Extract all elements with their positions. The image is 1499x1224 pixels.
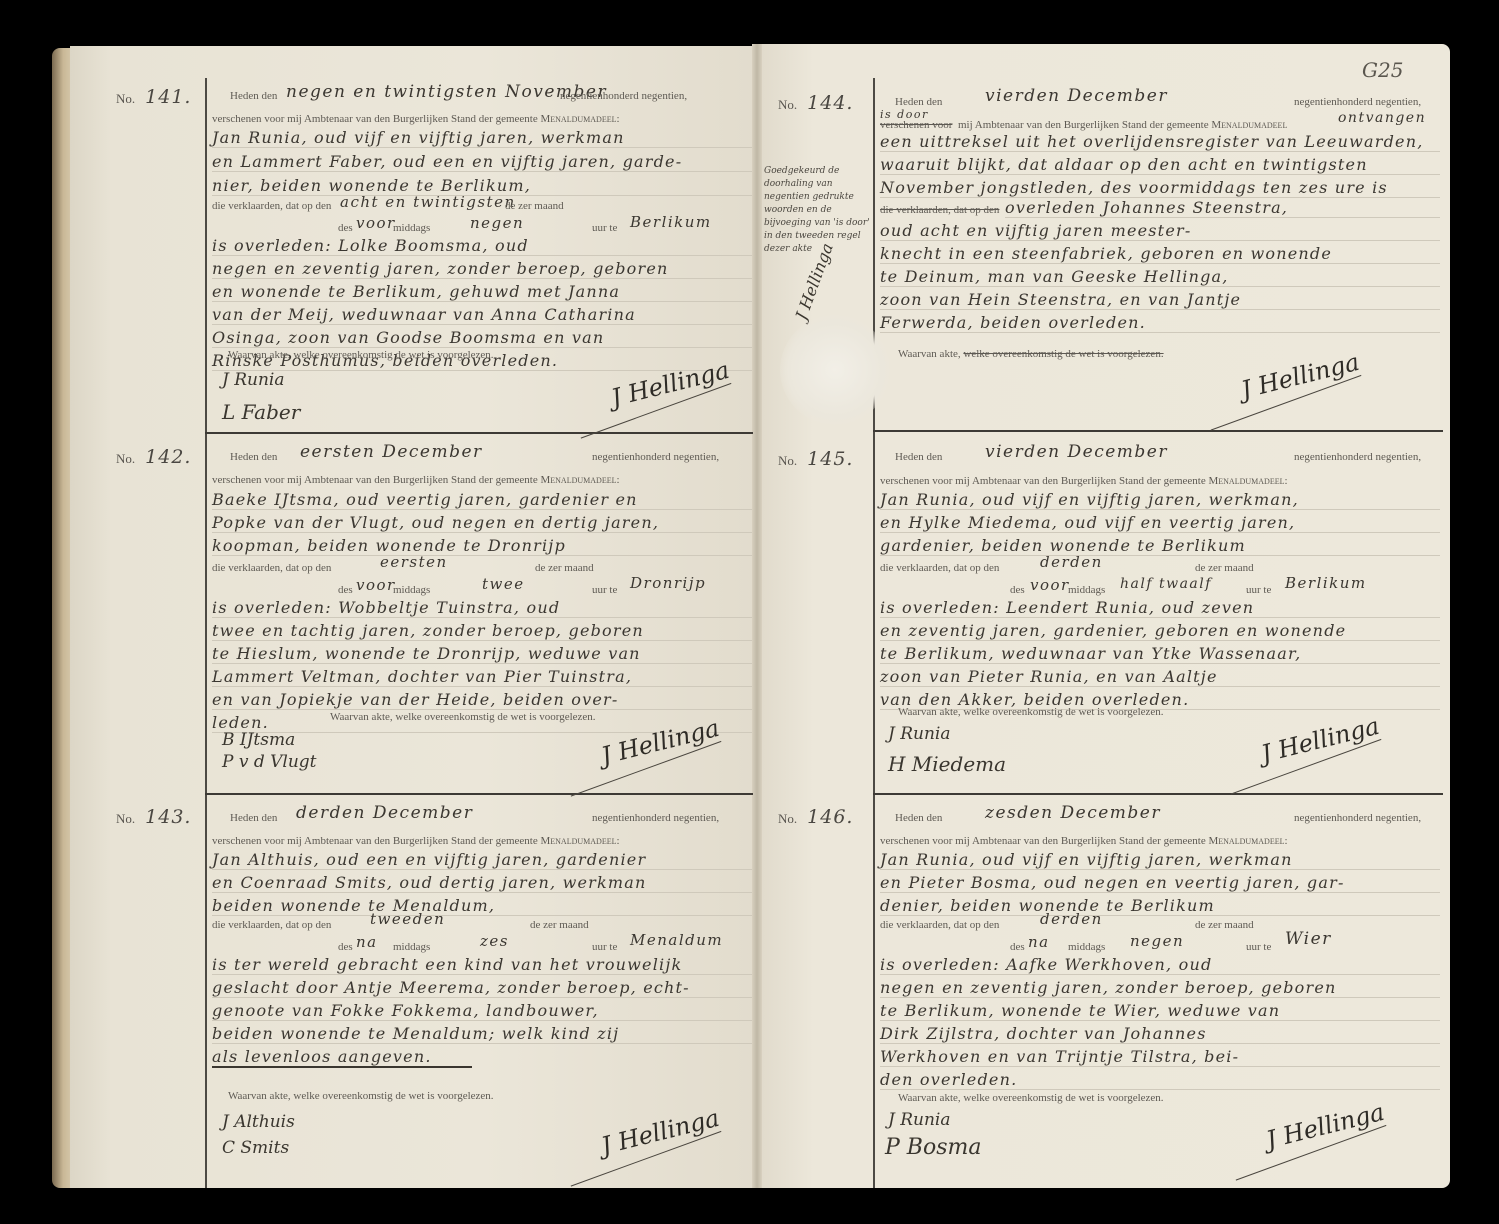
declarant-line: en Pieter Bosma, oud negen en veertig ja…: [880, 873, 1440, 893]
label-middags: middags: [393, 222, 430, 234]
entry-divider: [205, 793, 753, 795]
label-waarvan: Waarvan akte, welke overeenkomstig de we…: [228, 1090, 494, 1102]
body-line: geslacht door Antje Meerema, zonder bero…: [212, 978, 752, 998]
record-number: No.146.: [778, 806, 853, 828]
body-line: en van Jopiekje van der Heide, beiden ov…: [212, 690, 752, 710]
body-line: Lammert Veltman, dochter van Pier Tuinst…: [212, 667, 752, 687]
label-maand: de zer maand: [530, 919, 589, 931]
label-uur-te: uur te: [592, 941, 617, 953]
place: Menaldum: [630, 931, 723, 949]
body-line: Dirk Zijlstra, dochter van Johannes: [880, 1024, 1440, 1044]
label-maand: de zer maand: [505, 200, 564, 212]
body-line: genoote van Fokke Fokkema, landbouwer,: [212, 1001, 752, 1021]
label-uur-te: uur te: [592, 584, 617, 596]
label-verschenen: verschenen voor mij Ambtenaar van den Bu…: [212, 474, 620, 486]
label-heden-den: Heden den: [895, 451, 942, 463]
declarant-line: en Hylke Miedema, oud vijf en veertig ja…: [880, 513, 1440, 533]
hour: zes: [480, 932, 509, 950]
label-uur-te: uur te: [592, 222, 617, 234]
body-line: den overleden.: [880, 1070, 1440, 1090]
body-line: is ter wereld gebracht een kind van het …: [212, 955, 752, 975]
label-waarvan: Waarvan akte, welke overeenkomstig de we…: [330, 711, 596, 723]
label-heden-den: Heden den: [230, 812, 277, 824]
place: Berlikum: [630, 213, 712, 231]
signature: L Faber: [222, 400, 300, 424]
signature: J Althuis: [222, 1112, 295, 1132]
body-line: beiden wonende te Menaldum; welk kind zi…: [212, 1024, 752, 1044]
declarant-line: denier, beiden wonende te Berlikum: [880, 896, 1440, 916]
struck-label: die verklaarden, dat op den: [880, 204, 999, 216]
body-line: overleden Johannes Steenstra,: [1005, 198, 1440, 218]
hour: half twaalf: [1120, 576, 1212, 592]
body-line: Werkhoven en van Trijntje Tilstra, bei-: [880, 1047, 1440, 1067]
body-line: te Berlikum, weduwnaar van Ytke Wassenaa…: [880, 644, 1440, 664]
entry-divider: [205, 432, 753, 434]
signature: P v d Vlugt: [222, 752, 317, 772]
label-heden-den: Heden den: [230, 451, 277, 463]
body-line: twee en tachtig jaren, zonder beroep, ge…: [212, 621, 752, 641]
death-day: eersten: [380, 553, 448, 571]
death-day: tweeden: [370, 910, 445, 928]
inserted-text: ontvangen: [1338, 110, 1426, 126]
label-des: des: [338, 584, 353, 596]
label-heden-den: Heden den: [895, 812, 942, 824]
label-waarvan: Waarvan akte, welke overeenkomstig de we…: [898, 1092, 1164, 1104]
hour: twee: [482, 575, 525, 593]
death-day: derden: [1040, 553, 1103, 571]
label-des: des: [1010, 584, 1025, 596]
hour: negen: [1130, 932, 1184, 950]
label-uur-te: uur te: [1246, 584, 1271, 596]
declarant-line: gardenier, beiden wonende te Berlikum: [880, 536, 1440, 556]
body-line: een uittreksel uit het overlijdensregist…: [880, 132, 1440, 152]
label-year: negentienhonderd negentien,: [1294, 812, 1421, 824]
declarant-line: Jan Runia, oud vijf en vijftig jaren, we…: [212, 128, 752, 148]
declarant-line: Jan Althuis, oud een en vijftig jaren, g…: [212, 850, 752, 870]
body-line: waaruit blijkt, dat aldaar op den acht e…: [880, 155, 1440, 175]
label-waarvan: Waarvan akte, welke overeenkomstig de we…: [898, 348, 1164, 360]
body-line: Ferwerda, beiden overleden.: [880, 313, 1440, 333]
label-middags: middags: [1068, 941, 1105, 953]
dagdeel: na: [356, 933, 378, 951]
record-number: No.145.: [778, 448, 853, 470]
label-maand: de zer maand: [535, 562, 594, 574]
label-verschenen: verschenen voor: [880, 119, 952, 131]
label-maand: de zer maand: [1195, 919, 1254, 931]
label-heden-den: Heden den: [230, 90, 277, 102]
hour: negen: [470, 214, 524, 232]
signature: P Bosma: [885, 1135, 981, 1160]
declarant-line: Baeke IJtsma, oud veertig jaren, gardeni…: [212, 490, 752, 510]
record-date: eersten December: [300, 442, 483, 462]
record-date: derden December: [296, 803, 473, 823]
place: Dronrijp: [630, 574, 706, 592]
dagdeel: na: [1028, 933, 1050, 951]
record-number: No.142.: [116, 446, 191, 468]
label-year: negentienhonderd negentien,: [1294, 96, 1421, 108]
label-verschenen: verschenen voor mij Ambtenaar van den Bu…: [880, 475, 1288, 487]
body-line: te Berlikum, wonende te Wier, weduwe van: [880, 1001, 1440, 1021]
body-line: zoon van Pieter Runia, en van Aaltje: [880, 667, 1440, 687]
label-verschenen-tail: mij Ambtenaar van den Burgerlijken Stand…: [958, 119, 1287, 131]
body-line: is overleden: Lolke Boomsma, oud: [212, 236, 752, 256]
signature: C Smits: [222, 1138, 289, 1158]
body-line: is overleden: Aafke Werkhoven, oud: [880, 955, 1440, 975]
label-des: des: [338, 941, 353, 953]
declarant-line: Popke van der Vlugt, oud negen en dertig…: [212, 513, 752, 533]
body-line: is overleden: Wobbeltje Tuinstra, oud: [212, 598, 752, 618]
body-line: te Hieslum, wonende te Dronrijp, weduwe …: [212, 644, 752, 664]
label-year: negentienhonderd negentien,: [1294, 451, 1421, 463]
signature: J Runia: [888, 1110, 951, 1130]
body-line: van der Meij, weduwnaar van Anna Cathari…: [212, 305, 752, 325]
place: Wier: [1285, 929, 1332, 949]
label-verklaarden: die verklaarden, dat op den: [880, 562, 999, 574]
declarant-line: koopman, beiden wonende te Dronrijp: [212, 536, 752, 556]
body-line: negen en zeventig jaren, zonder beroep, …: [880, 978, 1440, 998]
declarant-line: en Coenraad Smits, oud dertig jaren, wer…: [212, 873, 752, 893]
entry-divider: [873, 430, 1443, 432]
label-verschenen: verschenen voor mij Ambtenaar van den Bu…: [212, 113, 620, 125]
label-heden-den: Heden den: [895, 96, 942, 108]
label-year: negentienhonderd negentien,: [592, 812, 719, 824]
body-line: November jongstleden, des voormiddags te…: [880, 178, 1440, 198]
label-verklaarden: die verklaarden, dat op den: [212, 919, 331, 931]
label-verklaarden: die verklaarden, dat op den: [880, 919, 999, 931]
dagdeel: voor: [356, 214, 396, 232]
body-line: knecht in een steenfabriek, geboren en w…: [880, 244, 1440, 264]
signature: H Miedema: [888, 752, 1006, 776]
body-line: en wonende te Berlikum, gehuwd met Janna: [212, 282, 752, 302]
death-day: acht en twintigsten: [340, 193, 516, 211]
record-date: negen en twintigsten November: [286, 82, 607, 102]
record-date: vierden December: [985, 86, 1168, 106]
record-date: zesden December: [985, 803, 1161, 823]
label-year: negentienhonderd negentien,: [560, 90, 687, 102]
label-maand: de zer maand: [1195, 562, 1254, 574]
body-line: te Deinum, man van Geeske Hellinga,: [880, 267, 1440, 287]
declarant-line: en Lammert Faber, oud een en vijftig jar…: [212, 152, 752, 172]
declarant-line: Jan Runia, oud vijf en vijftig jaren, we…: [880, 850, 1440, 870]
label-des: des: [338, 222, 353, 234]
label-uur-te: uur te: [1246, 941, 1271, 953]
label-waarvan: Waarvan akte, welke overeenkomstig de we…: [228, 349, 494, 361]
record-number: No.143.: [116, 806, 191, 828]
book-gutter: [752, 44, 762, 1188]
death-day: derden: [1040, 910, 1103, 928]
signature: J Runia: [888, 724, 951, 744]
dagdeel: voor: [356, 576, 396, 594]
record-number: No.144.: [778, 92, 853, 114]
label-verklaarden: die verklaarden, dat op den: [212, 200, 331, 212]
record-number: No.141.: [116, 86, 191, 108]
signature: J Runia: [222, 370, 285, 390]
body-line: negen en zeventig jaren, zonder beroep, …: [212, 259, 752, 279]
label-des: des: [1010, 941, 1025, 953]
body-line: oud acht en vijftig jaren meester-: [880, 221, 1440, 241]
place: Berlikum: [1285, 574, 1367, 592]
declarant-line: Jan Runia, oud vijf en vijftig jaren, we…: [880, 490, 1440, 510]
column-rule-right: [873, 78, 875, 1188]
folio-number: G25: [1362, 58, 1403, 82]
label-verschenen: verschenen voor mij Ambtenaar van den Bu…: [880, 835, 1288, 847]
dagdeel: voor: [1030, 576, 1070, 594]
body-line: zoon van Hein Steenstra, en van Jantje: [880, 290, 1440, 310]
body-line: en zeventig jaren, gardenier, geboren en…: [880, 621, 1440, 641]
entry-divider: [873, 793, 1443, 795]
label-verschenen: verschenen voor mij Ambtenaar van den Bu…: [212, 835, 620, 847]
label-year: negentienhonderd negentien,: [592, 451, 719, 463]
record-date: vierden December: [985, 442, 1168, 462]
embossed-stamp: [780, 315, 890, 425]
body-line: als levenloos aangeven.: [212, 1047, 472, 1068]
column-rule-left: [205, 78, 207, 1188]
body-line: is overleden: Leendert Runia, oud zeven: [880, 598, 1440, 618]
label-middags: middags: [393, 941, 430, 953]
body-line: Osinga, zoon van Goodse Boomsma en van: [212, 328, 752, 348]
label-middags: middags: [1068, 584, 1105, 596]
label-verklaarden: die verklaarden, dat op den: [212, 562, 331, 574]
label-waarvan: Waarvan akte, welke overeenkomstig de we…: [898, 706, 1164, 718]
declarant-line: beiden wonende te Menaldum,: [212, 896, 752, 916]
label-middags: middags: [393, 584, 430, 596]
signature: B IJtsma: [222, 730, 295, 750]
